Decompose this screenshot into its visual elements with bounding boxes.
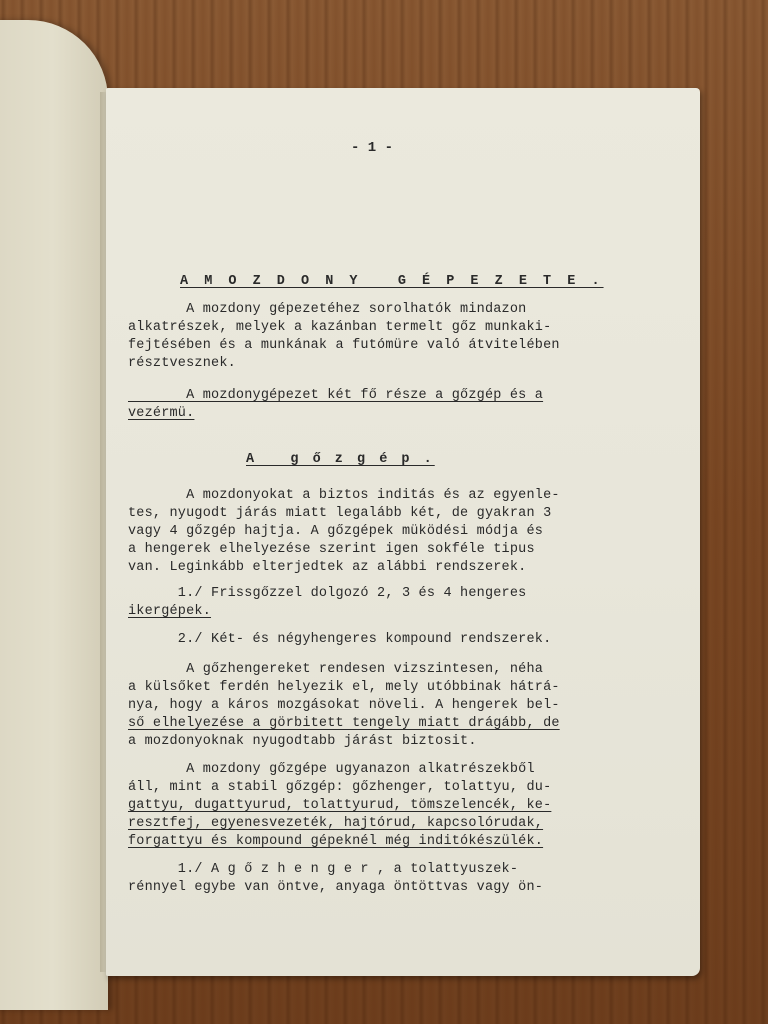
paragraph-4-line-4: ső elhelyezése a görbitett tengely miatt… <box>128 714 560 733</box>
paragraph-5-line-1: A mozdony gőzgépe ugyanazon alkatrészekb… <box>128 760 535 779</box>
page-title: A M O Z D O N Y G É P E Z E T E . <box>180 272 604 291</box>
paragraph-4-line-5: a mozdonyoknak nyugodtabb járást biztosi… <box>128 732 477 751</box>
section-heading-gozgep: A g ő z g é p . <box>246 450 435 469</box>
paragraph-4-line-1: A gőzhengereket rendesen vizszintesen, n… <box>128 660 543 679</box>
left-page <box>0 20 108 1010</box>
paragraph-5-line-2: áll, mint a stabil gőzgép: gőzhenger, to… <box>128 778 551 797</box>
paragraph-5-line-5: forgattyu és kompound gépeknél még indit… <box>128 832 543 851</box>
paragraph-5-line-3: gattyu, dugattyurud, tolattyurud, tömsze… <box>128 796 551 815</box>
paragraph-3-line-1: A mozdonyokat a biztos inditás és az egy… <box>128 486 560 505</box>
list-item-2: 2./ Két- és négyhengeres kompound rendsz… <box>128 630 551 649</box>
paragraph-3-line-2: tes, nyugodt járás miatt legalább két, d… <box>128 504 551 523</box>
list-item-1-line-1: 1./ Frissgőzzel dolgozó 2, 3 és 4 henger… <box>128 584 526 603</box>
paragraph-3-line-4: a hengerek elhelyezése szerint igen sokf… <box>128 540 535 559</box>
paragraph-1-line-1: A mozdony gépezetéhez sorolhatók mindazo… <box>128 300 526 319</box>
paragraph-3-line-5: van. Leginkább elterjedtek az alábbi ren… <box>128 558 526 577</box>
page-number: - 1 - <box>351 140 393 156</box>
paragraph-2-line-2: vezérmü. <box>128 404 194 423</box>
paragraph-5-line-4: resztfej, egyenesvezeték, hajtórud, kapc… <box>128 814 543 833</box>
paragraph-6-line-2: rénnyel egybe van öntve, anyaga öntöttva… <box>128 878 543 897</box>
paragraph-6-line-1: 1./ A g ő z h e n g e r , a tolattyuszek… <box>128 860 518 879</box>
paragraph-1-line-3: fejtésében és a munkának a futómüre való… <box>128 336 560 355</box>
paragraph-3-line-3: vagy 4 gőzgép hajtja. A gőzgépek müködés… <box>128 522 543 541</box>
paragraph-1-line-2: alkatrészek, melyek a kazánban termelt g… <box>128 318 551 337</box>
document-page: - 1 - A M O Z D O N Y G É P E Z E T E . … <box>106 88 700 976</box>
paragraph-1-line-4: résztvesznek. <box>128 354 236 373</box>
paragraph-4-line-3: nya, hogy a káros mozgásokat növeli. A h… <box>128 696 560 715</box>
paragraph-2-line-1: A mozdonygépezet két fő része a gőzgép é… <box>128 386 543 405</box>
list-item-1-line-2: ikergépek. <box>128 602 211 621</box>
paragraph-4-line-2: a külsőket ferdén helyezik el, mely utób… <box>128 678 560 697</box>
